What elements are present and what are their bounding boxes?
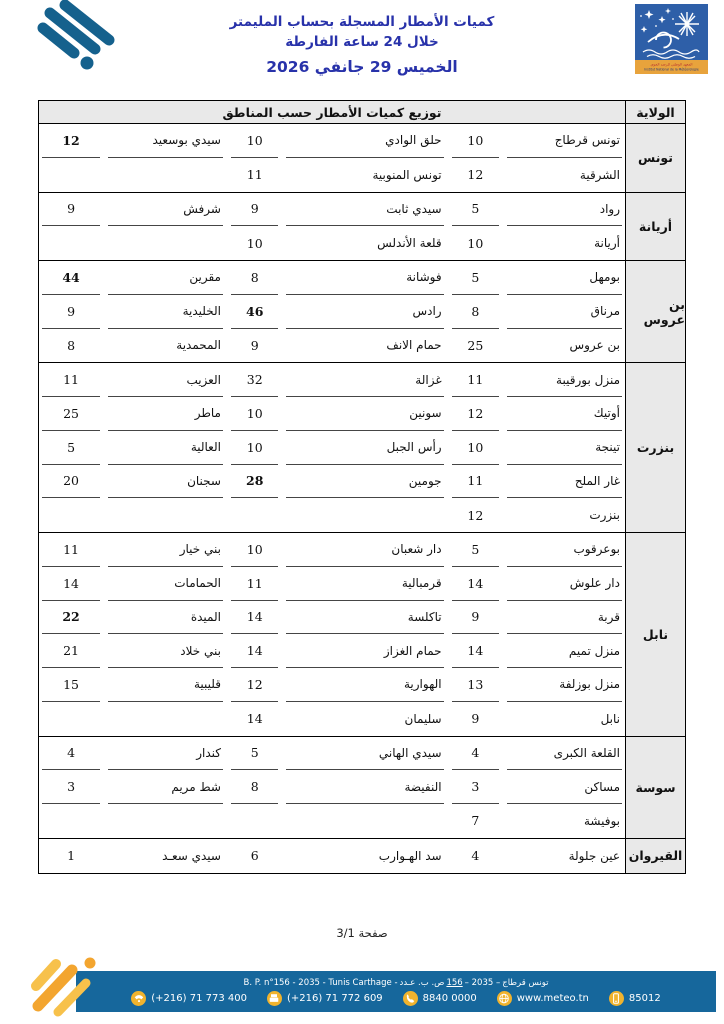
wilaya-cell: أريانة — [625, 193, 685, 261]
region-name-cell: مرناق — [507, 295, 622, 329]
rain-value-cell — [42, 804, 100, 838]
footer-contact: 85012 — [609, 991, 661, 1006]
table-row: غار الملح11جومين28سجنان20 — [39, 465, 625, 499]
rain-value-cell: 32 — [231, 363, 279, 397]
region-name-cell: تاكلسة — [286, 601, 443, 635]
region-name-cell: سيدي بوسعيد — [108, 124, 223, 158]
rain-value-cell: 10 — [452, 124, 500, 158]
table-row: أريانة10قلعة الأندلس10 — [39, 226, 625, 260]
rain-value-cell: 10 — [231, 397, 279, 431]
region-name-cell: منزل بوزلفة — [507, 668, 622, 702]
table-row: تينجة10رأس الجبل10العالية5 — [39, 431, 625, 465]
footer-address: B. P. n°156 - 2035 - Tunis Carthage - ص.… — [243, 978, 550, 988]
rain-value-cell: 22 — [42, 601, 100, 635]
rain-value-cell: 12 — [42, 124, 100, 158]
table-section: أريانةرواد5سيدي ثابت9شرفش9أريانة10قلعة ا… — [39, 193, 685, 262]
region-name-cell: القلعة الكبرى — [507, 737, 622, 771]
region-name-cell: أريانة — [507, 226, 622, 260]
table-section: بن عروسبومهل5فوشانة8مقرين44مرناق8رادس46ا… — [39, 261, 685, 363]
rain-value-cell — [42, 498, 100, 532]
rain-value-cell: 11 — [42, 533, 100, 567]
region-name-cell: بنزرت — [507, 498, 622, 532]
wilaya-cell: سوسة — [625, 737, 685, 838]
table-row: منزل بوزلفة13الهوارية12قليبية15 — [39, 668, 625, 702]
rain-value-cell — [231, 498, 279, 532]
region-name-cell: بني خلاد — [108, 634, 223, 668]
rain-value-cell: 10 — [452, 226, 500, 260]
rain-value-cell: 15 — [42, 668, 100, 702]
page-number: صفحة 3/1 — [0, 926, 724, 940]
table-section: سوسةالقلعة الكبرى4سيدي الهاني5كندار4مساك… — [39, 737, 685, 839]
table-row: عين جلولة4سد الهـوارب6سيدي سعـد1 — [39, 839, 625, 873]
rain-table: الولاية توزيع كميات الأمطار حسب المناطق … — [38, 100, 686, 874]
region-name-cell: ماطر — [108, 397, 223, 431]
rain-value-cell: 11 — [452, 465, 500, 499]
region-name-cell: العزيب — [108, 363, 223, 397]
rain-value-cell: 7 — [452, 804, 500, 838]
region-name-cell: بوعرقوب — [507, 533, 622, 567]
rain-value-cell: 11 — [452, 363, 500, 397]
wilaya-cell: القيروان — [625, 839, 685, 873]
region-name-cell: حمام الانف — [286, 329, 443, 363]
region-name-cell: الميدة — [108, 601, 223, 635]
rain-value-cell: 12 — [452, 498, 500, 532]
region-name-cell: شط مريم — [108, 770, 223, 804]
region-name-cell: حمام الغزاز — [286, 634, 443, 668]
region-name-cell: الشرقية — [507, 158, 622, 192]
wilaya-cell: نابل — [625, 533, 685, 736]
region-name-cell: منزل بورقيبة — [507, 363, 622, 397]
region-name-cell: المحمدية — [108, 329, 223, 363]
rain-value-cell: 4 — [452, 737, 500, 771]
wilaya-cell: بنزرت — [625, 363, 685, 532]
table-row: بوعرقوب5دار شعبان10بني خيار11 — [39, 533, 625, 567]
report-date: الخميس 29 جانفي 2026 — [0, 58, 724, 76]
rain-value-cell: 44 — [42, 261, 100, 295]
distribution-header-cell: توزيع كميات الأمطار حسب المناطق — [39, 101, 625, 123]
footer-contact: (+216) 71 773 400 — [131, 991, 247, 1006]
region-name-cell — [108, 804, 223, 838]
footer-brand-logo — [26, 950, 116, 1022]
region-name-cell — [108, 226, 223, 260]
region-name-cell: رواد — [507, 193, 622, 227]
rain-value-cell: 9 — [452, 601, 500, 635]
rain-value-cell: 20 — [42, 465, 100, 499]
contact-value: www.meteo.tn — [517, 993, 589, 1004]
table-row: الشرقية12تونس المنوبية11 — [39, 158, 625, 192]
rain-table-body: تونستونس قرطاج10حلق الوادي10سيدي بوسعيد1… — [39, 124, 685, 873]
rain-value-cell: 14 — [452, 567, 500, 601]
table-row: نابل9سليمان14 — [39, 702, 625, 736]
report-title: كميات الأمطار المسجلة بحساب المليمتر خلا… — [0, 13, 724, 52]
region-name-cell: الحمامات — [108, 567, 223, 601]
footer-address-segment: تونس قرطاج — [502, 978, 548, 988]
contact-value: (+216) 71 773 400 — [151, 993, 247, 1004]
rain-value-cell: 11 — [42, 363, 100, 397]
section-rows: تونس قرطاج10حلق الوادي10سيدي بوسعيد12الش… — [39, 124, 625, 192]
rain-value-cell: 12 — [452, 158, 500, 192]
rain-value-cell: 3 — [42, 770, 100, 804]
rain-value-cell: 46 — [231, 295, 279, 329]
rain-value-cell: 9 — [42, 295, 100, 329]
region-name-cell: تونس المنوبية — [286, 158, 443, 192]
table-row: منزل تميم14حمام الغزاز14بني خلاد21 — [39, 634, 625, 668]
table-row: دار علوش14قرمبالية11الحمامات14 — [39, 567, 625, 601]
report-title-line2: خلال 24 ساعة الفارطة — [0, 33, 724, 53]
rain-value-cell: 5 — [231, 737, 279, 771]
footer-address-segment: – 2035 – — [465, 978, 501, 988]
rain-value-cell: 1 — [42, 839, 100, 873]
rain-value-cell: 14 — [231, 634, 279, 668]
footer-contact: www.meteo.tn — [497, 991, 589, 1006]
rain-value-cell: 5 — [452, 193, 500, 227]
region-name-cell: سونين — [286, 397, 443, 431]
footer-address-segment: B. P. n°156 - 2035 - Tunis Carthage - — [244, 978, 398, 988]
footer-contact: 8840 0000 — [403, 991, 477, 1006]
table-row: بومهل5فوشانة8مقرين44 — [39, 261, 625, 295]
rain-value-cell: 21 — [42, 634, 100, 668]
region-name-cell: قرمبالية — [286, 567, 443, 601]
document-page: المعهد الوطني للرصد الجوي Institut Natio… — [0, 0, 724, 1024]
globe-icon — [497, 991, 512, 1006]
region-name-cell: بني خيار — [108, 533, 223, 567]
report-title-line1: كميات الأمطار المسجلة بحساب المليمتر — [0, 13, 724, 33]
section-rows: رواد5سيدي ثابت9شرفش9أريانة10قلعة الأندلس… — [39, 193, 625, 261]
region-name-cell: بن عروس — [507, 329, 622, 363]
rain-value-cell: 6 — [231, 839, 279, 873]
table-row: تونس قرطاج10حلق الوادي10سيدي بوسعيد12 — [39, 124, 625, 158]
region-name-cell: جومين — [286, 465, 443, 499]
rain-value-cell: 8 — [231, 261, 279, 295]
rain-value-cell: 25 — [452, 329, 500, 363]
rain-value-cell: 14 — [42, 567, 100, 601]
section-rows: بوعرقوب5دار شعبان10بني خيار11دار علوش14ق… — [39, 533, 625, 736]
printer-icon — [267, 991, 282, 1006]
footer-contact: (+216) 71 772 609 — [267, 991, 383, 1006]
section-rows: عين جلولة4سد الهـوارب6سيدي سعـد1 — [39, 839, 625, 873]
phone-icon — [403, 991, 418, 1006]
rain-value-cell: 3 — [452, 770, 500, 804]
table-row: مرناق8رادس46الخليدية9 — [39, 295, 625, 329]
rain-value-cell: 11 — [231, 158, 279, 192]
region-name-cell: رادس — [286, 295, 443, 329]
contact-value: 8840 0000 — [423, 993, 477, 1004]
region-name-cell — [108, 702, 223, 736]
table-header-row: الولاية توزيع كميات الأمطار حسب المناطق — [39, 101, 685, 124]
rain-value-cell: 5 — [42, 431, 100, 465]
region-name-cell — [286, 804, 443, 838]
region-name-cell: بوفيشة — [507, 804, 622, 838]
region-name-cell: منزل تميم — [507, 634, 622, 668]
rain-value-cell: 8 — [231, 770, 279, 804]
region-name-cell: فوشانة — [286, 261, 443, 295]
rain-value-cell: 4 — [42, 737, 100, 771]
rain-value-cell: 14 — [452, 634, 500, 668]
region-name-cell: كندار — [108, 737, 223, 771]
rain-value-cell: 12 — [452, 397, 500, 431]
region-name-cell — [286, 498, 443, 532]
contact-value: (+216) 71 772 609 — [287, 993, 383, 1004]
footer-streaks-icon — [26, 950, 116, 1018]
region-name-cell: سليمان — [286, 702, 443, 736]
region-name-cell: سيدي الهاني — [286, 737, 443, 771]
rain-value-cell — [231, 804, 279, 838]
region-name-cell: غزالة — [286, 363, 443, 397]
region-name-cell: الهوارية — [286, 668, 443, 702]
region-name-cell — [108, 158, 223, 192]
table-section: نابلبوعرقوب5دار شعبان10بني خيار11دار علو… — [39, 533, 685, 737]
rain-value-cell: 25 — [42, 397, 100, 431]
table-section: القيروانعين جلولة4سد الهـوارب6سيدي سعـد1 — [39, 839, 685, 873]
rain-value-cell: 12 — [231, 668, 279, 702]
table-section: تونستونس قرطاج10حلق الوادي10سيدي بوسعيد1… — [39, 124, 685, 193]
section-rows: بومهل5فوشانة8مقرين44مرناق8رادس46الخليدية… — [39, 261, 625, 362]
region-name-cell: أوتيك — [507, 397, 622, 431]
rain-value-cell: 10 — [231, 226, 279, 260]
rain-value-cell: 14 — [231, 702, 279, 736]
table-row: بوفيشة7 — [39, 804, 625, 838]
region-name-cell: مساكن — [507, 770, 622, 804]
rain-value-cell: 10 — [231, 431, 279, 465]
table-section: بنزرتمنزل بورقيبة11غزالة32العزيب11أوتيك1… — [39, 363, 685, 533]
rain-value-cell: 5 — [452, 533, 500, 567]
rain-value-cell: 10 — [231, 533, 279, 567]
table-row: بن عروس25حمام الانف9المحمدية8 — [39, 329, 625, 363]
rain-value-cell: 9 — [42, 193, 100, 227]
table-row: رواد5سيدي ثابت9شرفش9 — [39, 193, 625, 227]
wilaya-cell: بن عروس — [625, 261, 685, 362]
region-name-cell: حلق الوادي — [286, 124, 443, 158]
region-name-cell — [108, 498, 223, 532]
region-name-cell: الخليدية — [108, 295, 223, 329]
rain-value-cell: 5 — [452, 261, 500, 295]
rain-value-cell: 28 — [231, 465, 279, 499]
table-row: قربة9تاكلسة14الميدة22 — [39, 601, 625, 635]
rain-value-cell: 13 — [452, 668, 500, 702]
region-name-cell: قليبية — [108, 668, 223, 702]
table-row: القلعة الكبرى4سيدي الهاني5كندار4 — [39, 737, 625, 771]
wilaya-cell: تونس — [625, 124, 685, 192]
region-name-cell: بومهل — [507, 261, 622, 295]
region-name-cell: دار علوش — [507, 567, 622, 601]
table-row: بنزرت12 — [39, 498, 625, 532]
footer-address-segment: 156 — [446, 978, 462, 988]
contact-value: 85012 — [629, 993, 661, 1004]
region-name-cell: نابل — [507, 702, 622, 736]
footer-bar: B. P. n°156 - 2035 - Tunis Carthage - ص.… — [76, 971, 716, 1012]
region-name-cell: سيدي ثابت — [286, 193, 443, 227]
region-name-cell: تونس قرطاج — [507, 124, 622, 158]
fax-icon — [131, 991, 146, 1006]
region-name-cell: سجنان — [108, 465, 223, 499]
region-name-cell: قلعة الأندلس — [286, 226, 443, 260]
wilaya-header-cell: الولاية — [625, 101, 685, 123]
rain-value-cell — [42, 226, 100, 260]
rain-value-cell — [42, 158, 100, 192]
rain-value-cell: 8 — [42, 329, 100, 363]
mobile-icon — [609, 991, 624, 1006]
rain-value-cell: 10 — [452, 431, 500, 465]
rain-value-cell: 4 — [452, 839, 500, 873]
table-row: أوتيك12سونين10ماطر25 — [39, 397, 625, 431]
footer-contacts: (+216) 71 773 400(+216) 71 772 6098840 0… — [131, 991, 660, 1006]
rain-value-cell: 9 — [231, 329, 279, 363]
section-rows: منزل بورقيبة11غزالة32العزيب11أوتيك12سوني… — [39, 363, 625, 532]
region-name-cell: العالية — [108, 431, 223, 465]
region-name-cell: النفيضة — [286, 770, 443, 804]
rain-value-cell: 9 — [231, 193, 279, 227]
table-row: منزل بورقيبة11غزالة32العزيب11 — [39, 363, 625, 397]
region-name-cell: تينجة — [507, 431, 622, 465]
region-name-cell: غار الملح — [507, 465, 622, 499]
rain-value-cell: 8 — [452, 295, 500, 329]
region-name-cell: سيدي سعـد — [108, 839, 223, 873]
rain-value-cell: 11 — [231, 567, 279, 601]
section-rows: القلعة الكبرى4سيدي الهاني5كندار4مساكن3ال… — [39, 737, 625, 838]
table-row: مساكن3النفيضة8شط مريم3 — [39, 770, 625, 804]
region-name-cell: دار شعبان — [286, 533, 443, 567]
region-name-cell: رأس الجبل — [286, 431, 443, 465]
region-name-cell: قربة — [507, 601, 622, 635]
region-name-cell: مقرين — [108, 261, 223, 295]
region-name-cell: سد الهـوارب — [286, 839, 443, 873]
footer-address-segment: ص. ب. عـدد — [400, 978, 445, 988]
rain-value-cell: 10 — [231, 124, 279, 158]
region-name-cell: عين جلولة — [507, 839, 622, 873]
region-name-cell: شرفش — [108, 193, 223, 227]
rain-value-cell: 9 — [452, 702, 500, 736]
rain-value-cell: 14 — [231, 601, 279, 635]
rain-value-cell — [42, 702, 100, 736]
